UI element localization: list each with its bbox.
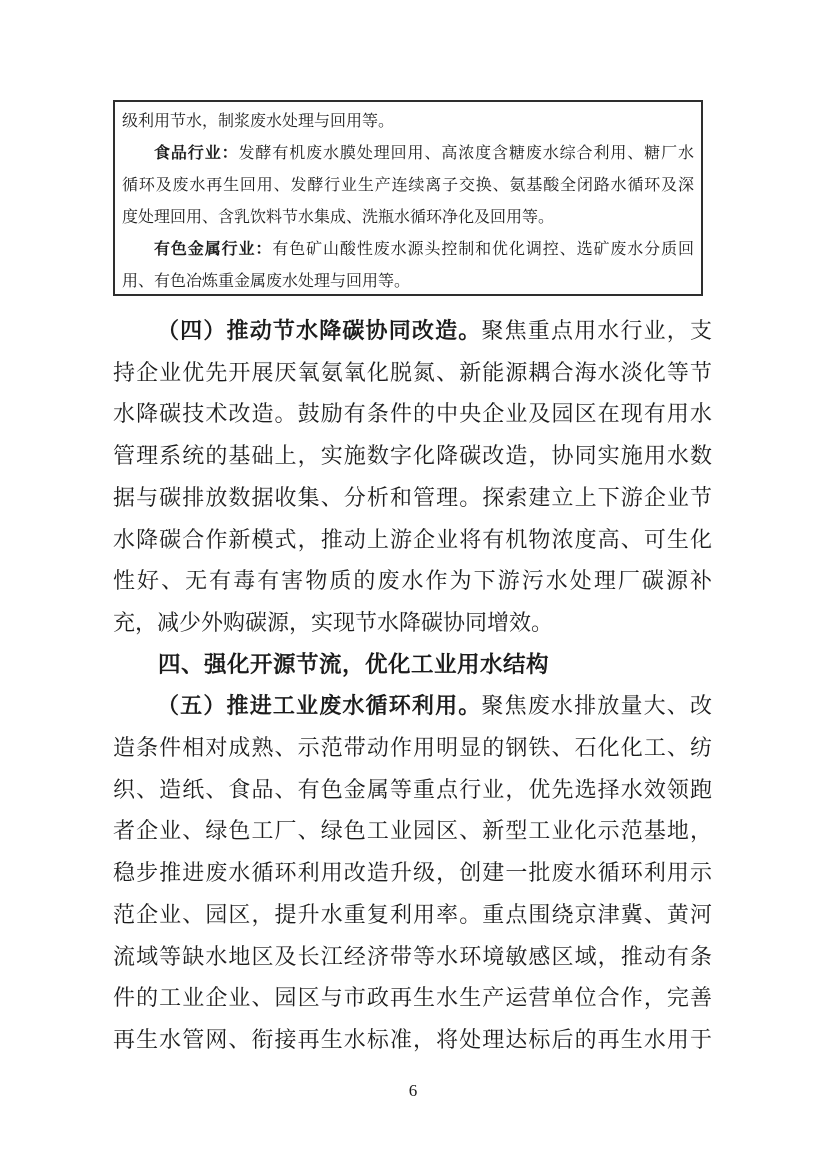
paragraph-4-text: 充，减少外购碳源，实现节水降碳协同增效。 xyxy=(113,610,553,635)
paragraph-4-line: 持企业优先开展厌氧氨氧化脱氮、新能源耦合海水淡化等节 xyxy=(113,352,712,394)
paragraph-4-text: 性好、无有毒有害物质的废水作为下游污水处理厂碳源补 xyxy=(113,568,712,593)
paragraph-5-text: 再生水管网、衔接再生水标准，将处理达标后的再生水用于 xyxy=(113,1027,712,1052)
paragraph-4-text: 聚焦重点用水行业，支 xyxy=(481,318,712,343)
box-line: 度处理回用、含乳饮料节水集成、洗瓶水循环净化及回用等。 xyxy=(122,202,694,234)
paragraph-4-text: 水降碳合作新模式，推动上游企业将有机物浓度高、可生化 xyxy=(113,527,712,552)
paragraph-5-text: 造条件相对成熟、示范带动作用明显的钢铁、石化化工、纺 xyxy=(113,735,712,760)
document-page: 级利用节水，制浆废水处理与回用等。 食品行业：发酵有机废水膜处理回用、高浓度含糖… xyxy=(0,0,826,1169)
box-line: 循环及废水再生回用、发酵行业生产连续离子交换、氨基酸全闭路水循环及深 xyxy=(122,170,694,202)
paragraph-5-line: 件的工业企业、园区与市政再生水生产运营单位合作，完善 xyxy=(113,977,712,1019)
box-line-lead: 有色金属行业： xyxy=(154,241,272,258)
paragraph-4-line: （四）推动节水降碳协同改造。聚焦重点用水行业，支 xyxy=(113,310,712,352)
paragraph-4-text: 管理系统的基础上，实施数字化降碳改造，协同实施用水数 xyxy=(113,443,712,468)
box-line-text: 有色矿山酸性废水源头控制和优化调控、选矿废水分质回 xyxy=(272,241,694,258)
paragraph-4-text: 水降碳技术改造。鼓励有条件的中央企业及园区在现有用水 xyxy=(113,401,712,426)
paragraph-5-text: 件的工业企业、园区与市政再生水生产运营单位合作，完善 xyxy=(113,985,712,1010)
paragraph-5-text: 者企业、绿色工厂、绿色工业园区、新型工业化示范基地， xyxy=(113,818,712,843)
paragraph-4-line: 管理系统的基础上，实施数字化降碳改造，协同实施用水数 xyxy=(113,435,712,477)
box-line-text: 度处理回用、含乳饮料节水集成、洗瓶水循环净化及回用等。 xyxy=(122,209,554,226)
box-line: 食品行业：发酵有机废水膜处理回用、高浓度含糖废水综合利用、糖厂水 xyxy=(122,138,694,170)
box-line-lead: 食品行业： xyxy=(154,145,239,162)
paragraph-5-line: 范企业、园区，提升水重复利用率。重点围绕京津冀、黄河 xyxy=(113,894,712,936)
callout-box: 级利用节水，制浆废水处理与回用等。 食品行业：发酵有机废水膜处理回用、高浓度含糖… xyxy=(113,100,703,296)
paragraph-5-line: 织、造纸、食品、有色金属等重点行业，优先选择水效领跑 xyxy=(113,769,712,811)
paragraph-5-lead: （五）推进工业废水循环利用。 xyxy=(157,693,481,718)
paragraph-5-line: 造条件相对成熟、示范带动作用明显的钢铁、石化化工、纺 xyxy=(113,727,712,769)
section-heading: 四、强化开源节流，优化工业用水结构 xyxy=(113,644,712,686)
paragraph-4-lead: （四）推动节水降碳协同改造。 xyxy=(157,318,481,343)
box-line-text: 级利用节水，制浆废水处理与回用等。 xyxy=(122,113,394,130)
paragraph-5-line: 者企业、绿色工厂、绿色工业园区、新型工业化示范基地， xyxy=(113,810,712,852)
paragraph-5-line: 流域等缺水地区及长江经济带等水环境敏感区域，推动有条 xyxy=(113,936,712,978)
page-number: 6 xyxy=(0,1081,826,1101)
paragraph-5-text: 织、造纸、食品、有色金属等重点行业，优先选择水效领跑 xyxy=(113,777,712,802)
box-line-text: 用、有色冶炼重金属废水处理与回用等。 xyxy=(122,273,410,290)
paragraph-5-text: 流域等缺水地区及长江经济带等水环境敏感区域，推动有条 xyxy=(113,944,712,969)
paragraph-5-line: 稳步推进废水循环利用改造升级，创建一批废水循环利用示 xyxy=(113,852,712,894)
paragraph-5-text: 聚焦废水排放量大、改 xyxy=(481,693,712,718)
paragraph-5-text: 范企业、园区，提升水重复利用率。重点围绕京津冀、黄河 xyxy=(113,902,712,927)
paragraph-4-text: 持企业优先开展厌氧氨氧化脱氮、新能源耦合海水淡化等节 xyxy=(113,360,712,385)
paragraph-4-line: 水降碳技术改造。鼓励有条件的中央企业及园区在现有用水 xyxy=(113,393,712,435)
paragraph-5-text: 稳步推进废水循环利用改造升级，创建一批废水循环利用示 xyxy=(113,860,712,885)
paragraph-5-line: 再生水管网、衔接再生水标准，将处理达标后的再生水用于 xyxy=(113,1019,712,1061)
box-line-text: 发酵有机废水膜处理回用、高浓度含糖废水综合利用、糖厂水 xyxy=(239,145,694,162)
paragraph-4-line: 充，减少外购碳源，实现节水降碳协同增效。 xyxy=(113,602,712,644)
box-line: 有色金属行业：有色矿山酸性废水源头控制和优化调控、选矿废水分质回 xyxy=(122,234,694,266)
box-line: 用、有色冶炼重金属废水处理与回用等。 xyxy=(122,266,694,298)
paragraph-4-line: 性好、无有毒有害物质的废水作为下游污水处理厂碳源补 xyxy=(113,560,712,602)
paragraph-5-line: （五）推进工业废水循环利用。聚焦废水排放量大、改 xyxy=(113,685,712,727)
paragraph-4-line: 据与碳排放数据收集、分析和管理。探索建立上下游企业节 xyxy=(113,477,712,519)
box-line: 级利用节水，制浆废水处理与回用等。 xyxy=(122,106,694,138)
paragraph-4-text: 据与碳排放数据收集、分析和管理。探索建立上下游企业节 xyxy=(113,485,712,510)
body-text: （四）推动节水降碳协同改造。聚焦重点用水行业，支 持企业优先开展厌氧氨氧化脱氮、… xyxy=(113,310,712,1061)
paragraph-4-line: 水降碳合作新模式，推动上游企业将有机物浓度高、可生化 xyxy=(113,519,712,561)
box-line-text: 循环及废水再生回用、发酵行业生产连续离子交换、氨基酸全闭路水循环及深 xyxy=(122,177,694,194)
